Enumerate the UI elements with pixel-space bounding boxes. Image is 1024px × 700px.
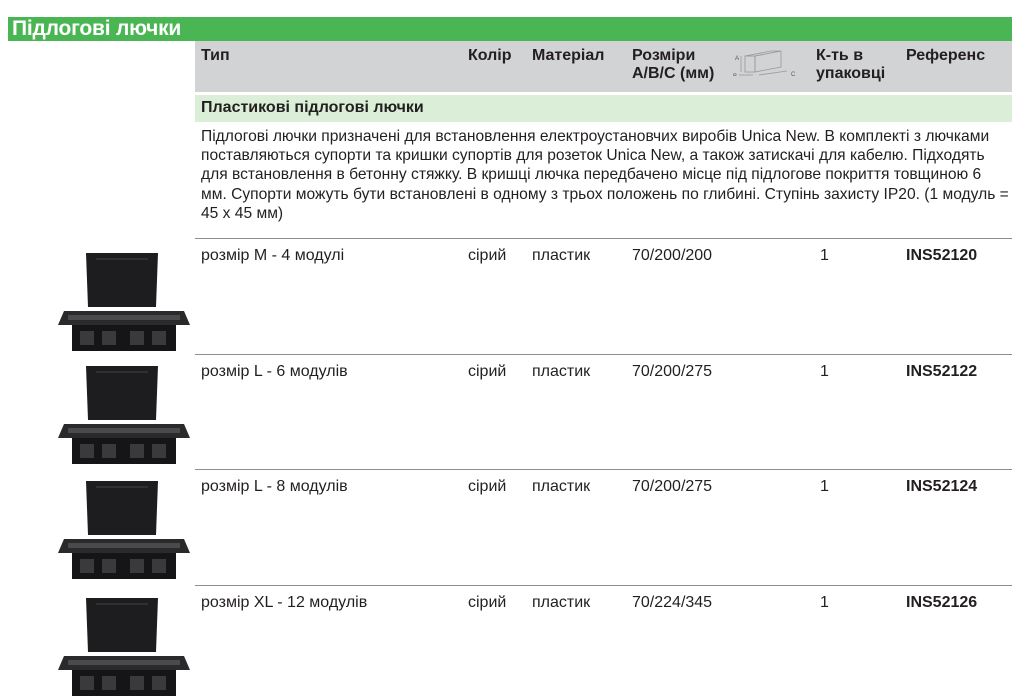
- cell-material: пластик: [532, 247, 590, 265]
- svg-text:C: C: [791, 72, 796, 76]
- cell-qty: 1: [820, 247, 829, 265]
- dimensions-box-icon: A B C: [731, 48, 803, 76]
- svg-text:B: B: [733, 74, 737, 76]
- section-header: Пластикові підлогові лючки: [195, 95, 1012, 122]
- cell-material: пластик: [532, 478, 590, 496]
- header-color: Колір: [468, 47, 512, 65]
- cell-material: пластик: [532, 594, 590, 612]
- cell-qty: 1: [820, 594, 829, 612]
- product-image-floor-box-12-modules: [56, 590, 192, 700]
- row-divider: [195, 238, 1012, 239]
- page-title-bar: Підлогові лючки: [8, 17, 1012, 41]
- cell-dimensions: 70/224/345: [632, 594, 712, 612]
- row-divider: [195, 354, 1012, 355]
- cell-reference: INS52126: [906, 594, 977, 612]
- cell-color: сірий: [468, 478, 506, 496]
- cell-reference: INS52122: [906, 363, 977, 381]
- cell-reference: INS52124: [906, 478, 977, 496]
- header-quantity: К-ть в упаковці: [816, 47, 885, 83]
- cell-dimensions: 70/200/275: [632, 478, 712, 496]
- cell-qty: 1: [820, 363, 829, 381]
- cell-color: сірий: [468, 247, 506, 265]
- page-title: Підлогові лючки: [12, 17, 181, 41]
- cell-type: розмір L - 6 модулів: [201, 363, 348, 381]
- cell-reference: INS52120: [906, 247, 977, 265]
- product-image-floor-box-4-modules: [56, 245, 192, 360]
- section-title: Пластикові підлогові лючки: [201, 99, 424, 117]
- cell-color: сірий: [468, 594, 506, 612]
- cell-color: сірий: [468, 363, 506, 381]
- row-divider: [195, 469, 1012, 470]
- table-row: розмір L - 8 модулівсірийпластик70/200/2…: [195, 478, 1012, 498]
- cell-qty: 1: [820, 478, 829, 496]
- header-type: Тип: [201, 47, 230, 65]
- header-material: Матеріал: [532, 47, 604, 65]
- svg-text:A: A: [735, 56, 739, 62]
- section-description: Підлогові лючки призначені для встановле…: [201, 127, 1011, 223]
- cell-type: розмір L - 8 модулів: [201, 478, 348, 496]
- cell-dimensions: 70/200/200: [632, 247, 712, 265]
- product-image-floor-box-6-modules: [56, 358, 192, 473]
- cell-type: розмір M - 4 модулі: [201, 247, 344, 265]
- header-dimensions: Розміри A/B/C (мм): [632, 47, 714, 83]
- row-divider: [195, 585, 1012, 586]
- cell-material: пластик: [532, 363, 590, 381]
- cell-dimensions: 70/200/275: [632, 363, 712, 381]
- table-row: розмір XL - 12 модулівсірийпластик70/224…: [195, 594, 1012, 614]
- header-reference: Референс: [906, 47, 985, 65]
- table-row: розмір L - 6 модулівсірийпластик70/200/2…: [195, 363, 1012, 383]
- product-image-floor-box-8-modules: [56, 473, 192, 588]
- table-row: розмір M - 4 модулісірийпластик70/200/20…: [195, 247, 1012, 267]
- table-header: Тип Колір Матеріал Розміри A/B/C (мм) A …: [195, 41, 1012, 92]
- cell-type: розмір XL - 12 модулів: [201, 594, 367, 612]
